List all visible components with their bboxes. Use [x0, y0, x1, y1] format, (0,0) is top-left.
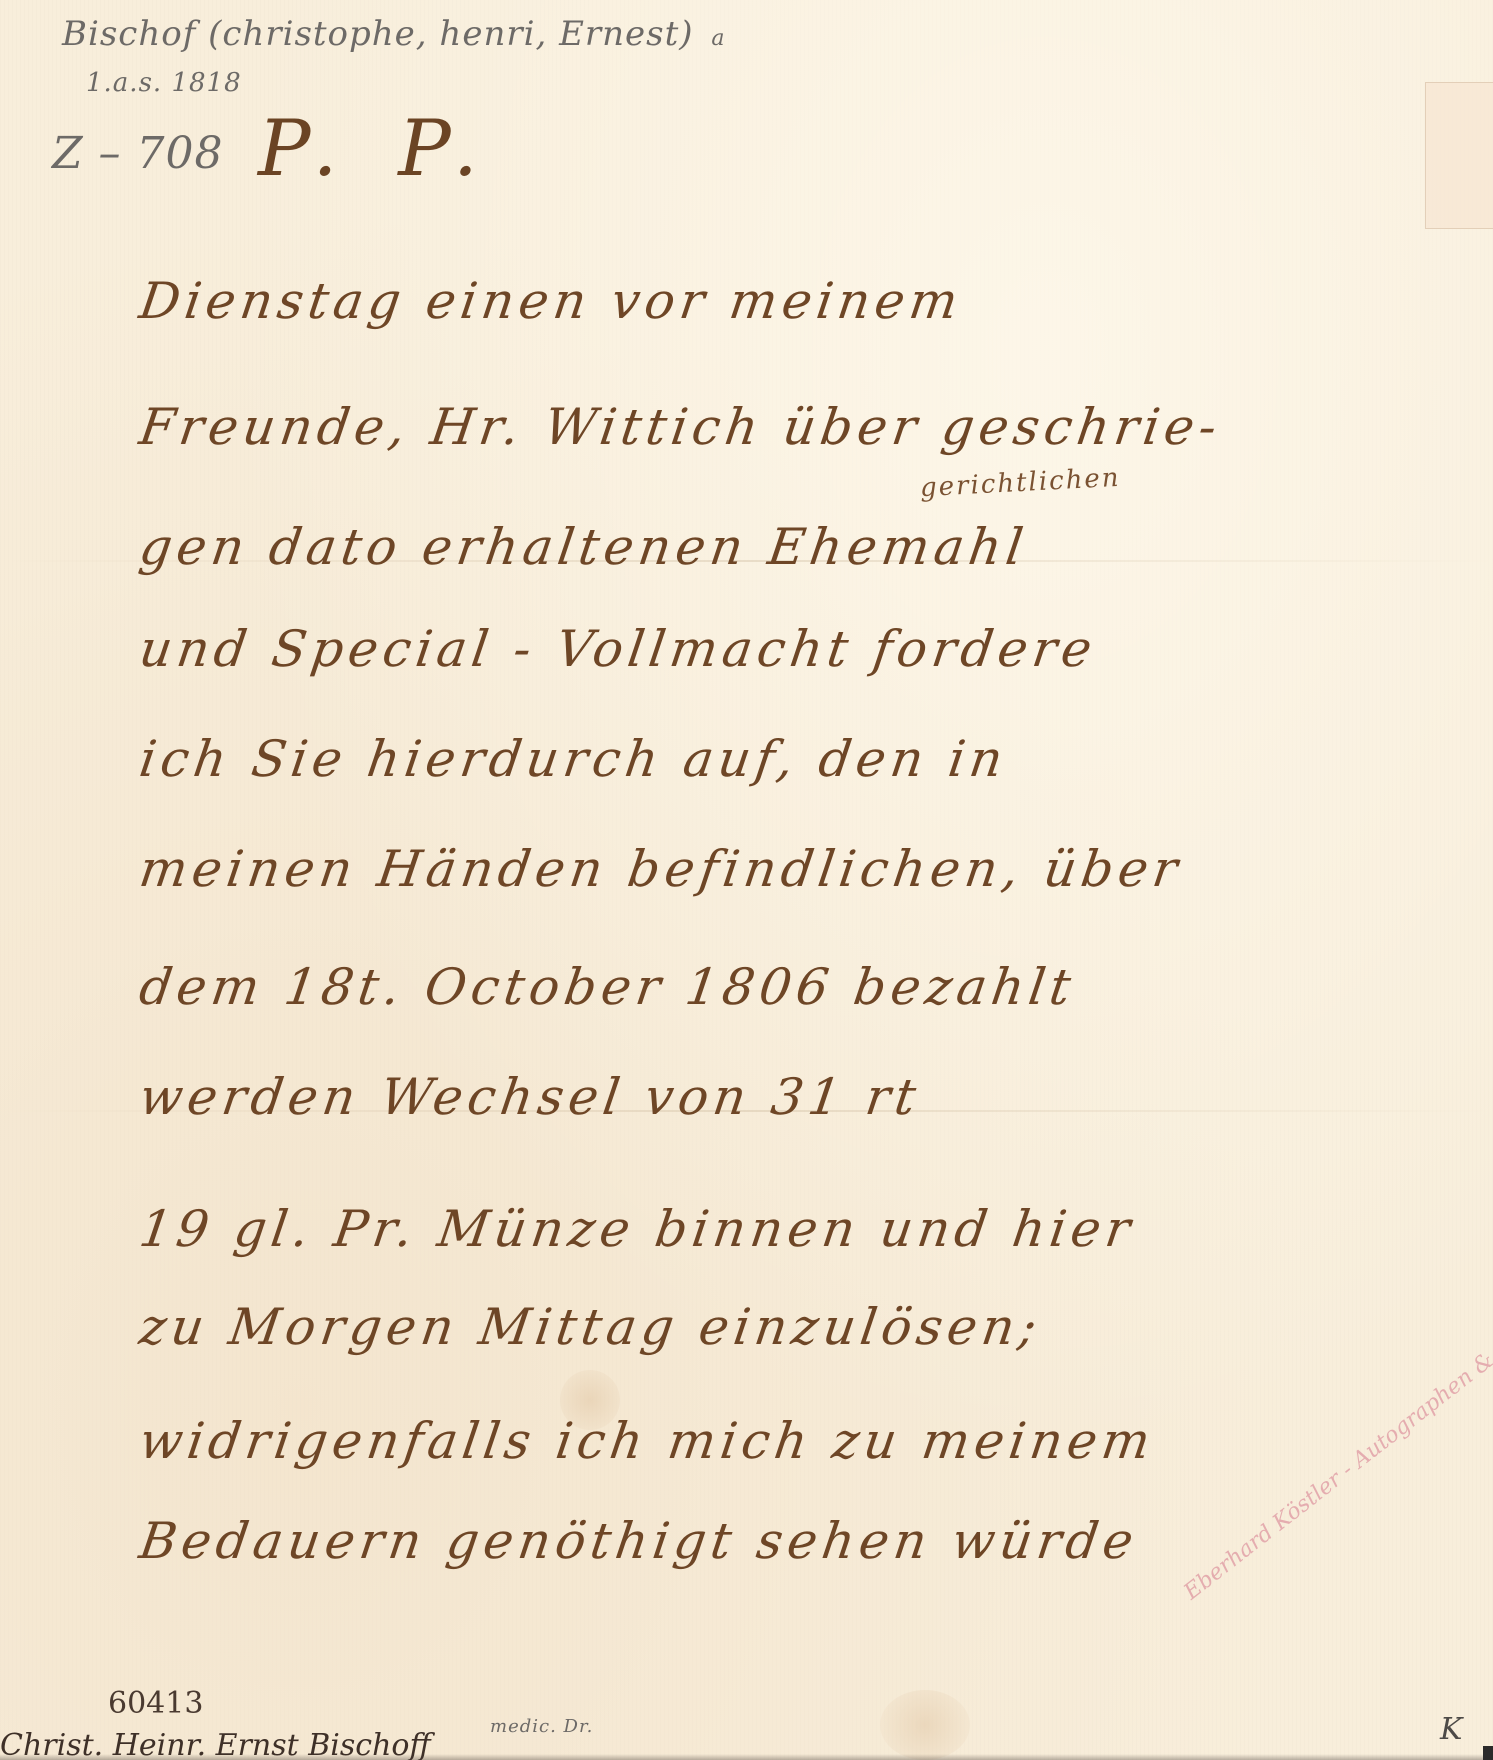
bottom-profession-note: medic. Dr.: [490, 1716, 593, 1737]
letter-line-8: werden Wechsel von 31 rt: [136, 1068, 924, 1126]
interlinear-insertion: gerichtlichen: [919, 463, 1121, 503]
paper-stain: [880, 1690, 970, 1760]
letter-line-12: Bedauern genöthigt sehen würde: [136, 1512, 1142, 1570]
letter-line-6: meinen Händen befindlichen, über: [136, 840, 1186, 898]
letter-line-5: ich Sie hierdurch auf, den in: [136, 730, 1011, 788]
annotation-name-text: Bischof (christophe, henri, Ernest): [62, 14, 694, 54]
page-bottom-edge: [0, 1754, 1493, 1760]
pasted-paper-slip: [1425, 82, 1493, 229]
letter-line-3: gen dato erhaltenen Ehemahl: [136, 518, 1032, 576]
letter-line-4: und Special - Vollmacht fordere: [136, 620, 1100, 678]
dealer-watermark: Eberhard Köstler - Autographen & Bücher: [1180, 1294, 1493, 1605]
archival-catalog-ref: Z – 708: [52, 128, 224, 179]
letter-line-7: dem 18t. October 1806 bezahlt: [136, 958, 1079, 1016]
salutation: P. P.: [258, 104, 496, 194]
letter-line-1: Dienstag einen vor meinem: [136, 272, 966, 330]
archival-name-annotation: Bischof (christophe, henri, Ernest) a: [62, 14, 725, 54]
letter-line-2: Freunde, Hr. Wittich über geschrie-: [136, 398, 1225, 456]
annotation-trailing-mark: a: [711, 26, 725, 51]
letter-line-9: 19 gl. Pr. Münze binnen und hier: [136, 1200, 1139, 1258]
letter-line-10: zu Morgen Mittag einzulösen;: [136, 1298, 1045, 1356]
archival-dates-annotation: 1.a.s. 1818: [86, 68, 242, 98]
inventory-number: 60413: [108, 1686, 203, 1721]
corner-mark: K: [1440, 1712, 1463, 1747]
scan-corner-shadow: [1483, 1746, 1493, 1760]
letter-page: Bischof (christophe, henri, Ernest) a 1.…: [0, 0, 1493, 1760]
letter-line-11: widrigenfalls ich mich zu meinem: [136, 1412, 1159, 1470]
